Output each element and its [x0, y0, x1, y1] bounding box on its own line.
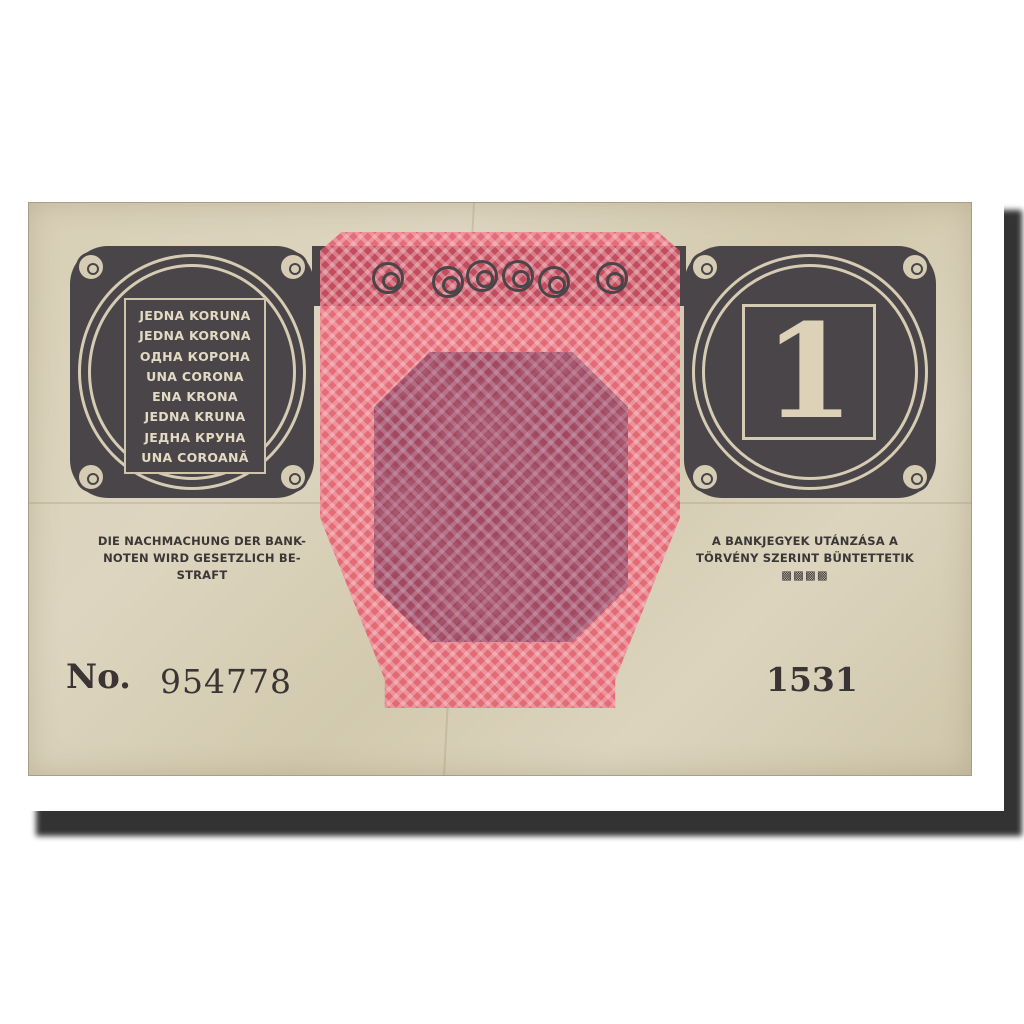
rosette-icon — [690, 252, 720, 282]
warning-hungarian-line: TÖRVÉNY SZERINT BÜNTETTETIK — [664, 550, 946, 567]
denomination-line: JEDNA KORUNA — [126, 306, 264, 326]
denomination-line: UNA CORONA — [126, 367, 264, 387]
swirl-icon — [432, 266, 464, 298]
denomination-line: UNA COROANĂ — [126, 448, 264, 468]
rosette-icon — [76, 252, 106, 282]
denomination-line: JEDNA KORONA — [126, 326, 264, 346]
warning-text-german: DIE NACHMACHUNG DER BANK- NOTEN WIRD GES… — [66, 533, 338, 584]
rosette-icon — [900, 462, 930, 492]
denomination-numeral: 1 — [745, 297, 873, 447]
numeral-box: 1 — [742, 304, 876, 440]
warning-text-hungarian: A BANKJEGYEK UTÁNZÁSA A TÖRVÉNY SZERINT … — [664, 533, 946, 584]
seal-marks: ▩▩▩▩ — [781, 567, 828, 584]
scroll-ornament — [312, 248, 686, 304]
rosette-icon — [690, 462, 720, 492]
denomination-line: ОДНА КОРОНА — [126, 347, 264, 367]
denomination-languages-box: JEDNA KORUNA JEDNA KORONA ОДНА КОРОНА UN… — [124, 298, 266, 474]
serial-number: 954778 — [160, 662, 292, 701]
denomination-line: JEDNA KRUNA — [126, 407, 264, 427]
warning-hungarian-line: A BANKJEGYEK UTÁNZÁSA A — [664, 533, 946, 550]
swirl-icon — [538, 266, 570, 298]
denomination-languages-list: JEDNA KORUNA JEDNA KORONA ОДНА КОРОНА UN… — [126, 306, 264, 468]
swirl-icon — [372, 262, 404, 294]
rosette-icon — [278, 462, 308, 492]
rosette-icon — [76, 462, 106, 492]
series-number: 1531 — [766, 660, 858, 699]
swirl-icon — [466, 260, 498, 292]
rosette-icon — [900, 252, 930, 282]
denomination-line: ENA KRONA — [126, 387, 264, 407]
center-octagon-portrait — [374, 352, 628, 642]
swirl-icon — [596, 262, 628, 294]
chevron-pattern — [374, 352, 628, 642]
denomination-line: ЈЕДНА КРУНА — [126, 428, 264, 448]
rosette-icon — [278, 252, 308, 282]
serial-prefix: No. — [66, 657, 131, 697]
swirl-icon — [502, 260, 534, 292]
